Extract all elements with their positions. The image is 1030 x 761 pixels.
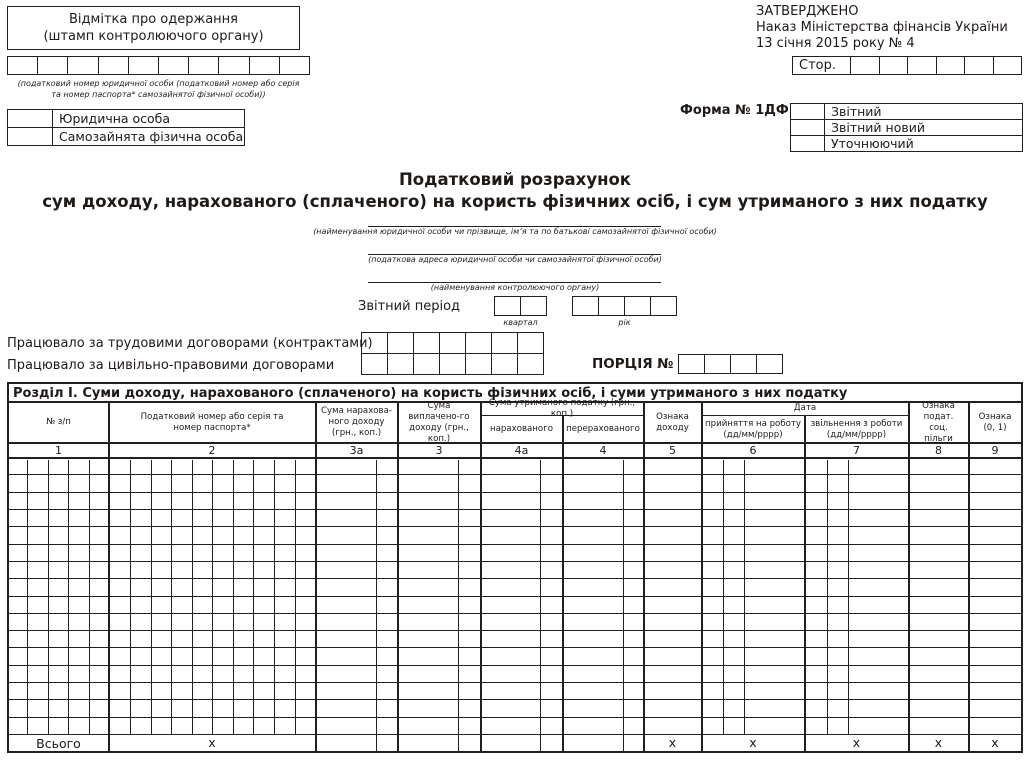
tax-id-cell[interactable] [249,57,279,74]
column-number: 9 [969,443,1021,458]
row-line [9,492,1021,493]
row-line [9,596,1021,597]
cell-divider [68,460,69,734]
row-line [9,647,1021,648]
labor-contracts-field[interactable] [361,332,544,354]
cell-divider [723,460,724,734]
stamp-line1: Відмітка про одержання [69,11,238,28]
labor-contracts-label: Працювало за трудовими договорами (контр… [7,336,373,351]
labor-cell[interactable] [362,333,387,353]
tax-id-field[interactable] [7,56,310,75]
approval-line2: Наказ Міністерства фінансів України [756,20,1008,36]
row-line [9,561,1021,562]
header-flag: Ознака (0, 1) [969,402,1021,443]
entity-name-caption: (найменування юридичної особи чи прізвищ… [0,227,1030,236]
kopeck-divider [458,460,459,751]
reporting-period-label: Звітний період [358,299,460,314]
page-number-field: Стор. [792,56,1022,75]
quarter-cell[interactable] [521,296,546,315]
column-number: 8 [909,443,968,458]
labor-cell[interactable] [439,333,465,353]
header-income-code: Ознака доходу [644,402,701,443]
page-cell[interactable] [908,57,937,74]
tax-id-cell[interactable] [67,57,97,74]
civil-cell[interactable] [491,354,517,374]
cell-divider [192,460,193,734]
section-1-table: Розділ І. Суми доходу, нарахованого (спл… [7,382,1023,753]
tax-id-caption-line2: та номер паспорта* самозайнятої фізичної… [7,89,310,100]
approval-line3: 13 січня 2015 року № 4 [756,36,1008,52]
form-kind-checkbox[interactable] [791,120,825,135]
total-col5: х [644,735,701,751]
row-line [9,665,1021,666]
legal-entity-label: Юридична особа [53,110,170,127]
grid-line [804,415,806,751]
tax-id-cell[interactable] [279,57,309,74]
column-number: 3 [398,443,480,458]
labor-cell[interactable] [465,333,491,353]
cell-divider [274,460,275,734]
cell-divider [48,460,49,734]
tax-id-cell[interactable] [158,57,188,74]
quarter-caption: квартал [494,318,547,327]
approval-line1: ЗАТВЕРДЖЕНО [756,4,1008,20]
grid-line [562,415,564,751]
cell-divider [744,460,745,734]
form-kind-clarifying[interactable]: Уточнюючий [790,135,1023,152]
year-cell[interactable] [625,296,651,315]
civil-contracts-field[interactable] [361,353,544,375]
authority-caption: (найменування контролюючого органу) [0,283,1030,292]
column-number: 2 [109,443,315,458]
cell-divider [151,460,152,734]
total-col6: х [702,735,804,751]
total-col8: х [909,735,968,751]
portion-cell[interactable] [679,355,704,373]
page-cell[interactable] [880,57,909,74]
self-employed-label: Самозайнята фізична особа [53,128,243,145]
kopeck-divider [376,460,377,751]
column-number: 4а [481,443,562,458]
row-line [9,717,1021,718]
header-hire-date: прийняття на роботу (дд/мм/рррр) [702,416,804,443]
portion-label: ПОРЦІЯ № [592,356,674,372]
year-field[interactable] [572,296,677,316]
row-line [9,630,1021,631]
page-cell[interactable] [994,57,1022,74]
civil-contracts-label: Працювало за цивільно-правовими договора… [7,358,334,373]
header-date: Дата [702,402,908,415]
civil-cell[interactable] [362,354,387,374]
form-kind-reporting-new[interactable]: Звітний новий [790,119,1023,136]
row-line [9,509,1021,510]
tax-id-caption-line1: (податковий номер юридичної особи (подат… [7,78,310,89]
header-tax-transferred: перерахованого [563,416,643,443]
year-cell[interactable] [651,296,676,315]
tax-id-cell[interactable] [128,57,158,74]
form-kind-label: Уточнюючий [825,136,914,151]
receipt-stamp-box: Відмітка про одержання (штамп контролююч… [7,6,300,50]
legal-entity-checkbox[interactable] [8,110,53,127]
total-col2: х [109,735,315,751]
page-cell[interactable] [851,57,880,74]
civil-cell[interactable] [517,354,543,374]
year-cell[interactable] [599,296,625,315]
tax-id-cell[interactable] [188,57,218,74]
form-kind-reporting[interactable]: Звітний [790,103,1023,120]
cell-divider [295,460,296,734]
row-line [9,544,1021,545]
tax-id-cell[interactable] [98,57,128,74]
column-number: 5 [644,443,701,458]
civil-cell[interactable] [439,354,465,374]
approval-block: ЗАТВЕРДЖЕНО Наказ Міністерства фінансів … [756,4,1008,52]
cell-divider [130,460,131,734]
tax-id-cell[interactable] [37,57,67,74]
quarter-field[interactable] [494,296,547,316]
form-kind-label: Звітний новий [825,120,925,135]
cell-divider [233,460,234,734]
section-title: Розділ І. Суми доходу, нарахованого (спл… [13,385,847,402]
cell-divider [848,460,849,734]
row-line [9,474,1021,475]
document-subtitle: сум доходу, нарахованого (сплаченого) на… [0,192,1030,211]
civil-cell[interactable] [387,354,413,374]
portion-cell[interactable] [730,355,756,373]
document-title: Податковий розрахунок [0,170,1030,189]
portion-field[interactable] [678,354,783,374]
cell-divider [827,460,828,734]
header-withheld-tax: Сума утриманого податку (грн., коп.) [481,402,643,415]
cell-divider [171,460,172,734]
year-caption: рік [572,318,677,327]
civil-cell[interactable] [465,354,491,374]
self-employed-option[interactable]: Самозайнята фізична особа [7,127,245,146]
column-number: 3а [316,443,397,458]
cell-divider [27,460,28,734]
portion-cell[interactable] [704,355,730,373]
tax-id-cell[interactable] [8,57,37,74]
row-line [9,613,1021,614]
page-cell[interactable] [965,57,994,74]
row-line [9,526,1021,527]
tax-id-caption: (податковий номер юридичної особи (подат… [7,78,310,100]
header-tax-accrued: нарахованого [481,416,562,443]
page-label: Стор. [793,57,851,74]
form-kind-checkbox[interactable] [791,136,825,151]
labor-cell[interactable] [413,333,439,353]
column-number: 6 [702,443,804,458]
form-kind-checkbox[interactable] [791,104,825,119]
kopeck-divider [623,460,624,751]
header-dismissal-date: звільнення з роботи (дд/мм/рррр) [805,416,908,443]
form-number-label: Форма № 1ДФ [680,103,789,118]
kopeck-divider [540,460,541,751]
header-social-benefit: Ознака подат. соц. пільги [909,402,968,443]
tax-id-cell[interactable] [218,57,248,74]
labor-cell[interactable] [517,333,543,353]
civil-cell[interactable] [413,354,439,374]
legal-entity-option[interactable]: Юридична особа [7,109,245,128]
address-caption: (податкова адреса юридичної особи чи сам… [0,255,1030,264]
cell-divider [253,460,254,734]
page-cell[interactable] [937,57,966,74]
cell-divider [212,460,213,734]
header-accrued-income: Сума нарахова-ного доходу (грн., коп.) [316,402,397,443]
labor-cell[interactable] [491,333,517,353]
column-number: 4 [563,443,643,458]
column-number: 7 [805,443,908,458]
quarter-cell[interactable] [495,296,521,315]
cell-divider [89,460,90,734]
header-row-number: № з/п [9,402,108,443]
form-kind-label: Звітний [825,104,882,119]
stamp-line2: (штамп контролюючого органу) [43,28,263,45]
self-employed-checkbox[interactable] [8,128,53,145]
header-tax-number: Податковий номер або серія та номер пасп… [109,402,315,443]
total-col7: х [805,735,908,751]
year-cell[interactable] [573,296,599,315]
row-line [9,682,1021,683]
total-col9: х [969,735,1021,751]
row-line [9,699,1021,700]
total-label: Всього [9,735,108,752]
labor-cell[interactable] [387,333,413,353]
row-line [9,578,1021,579]
column-number: 1 [9,443,108,458]
portion-cell[interactable] [756,355,782,373]
header-paid-income: Сума виплачено-го доходу (грн., коп.) [398,402,480,443]
